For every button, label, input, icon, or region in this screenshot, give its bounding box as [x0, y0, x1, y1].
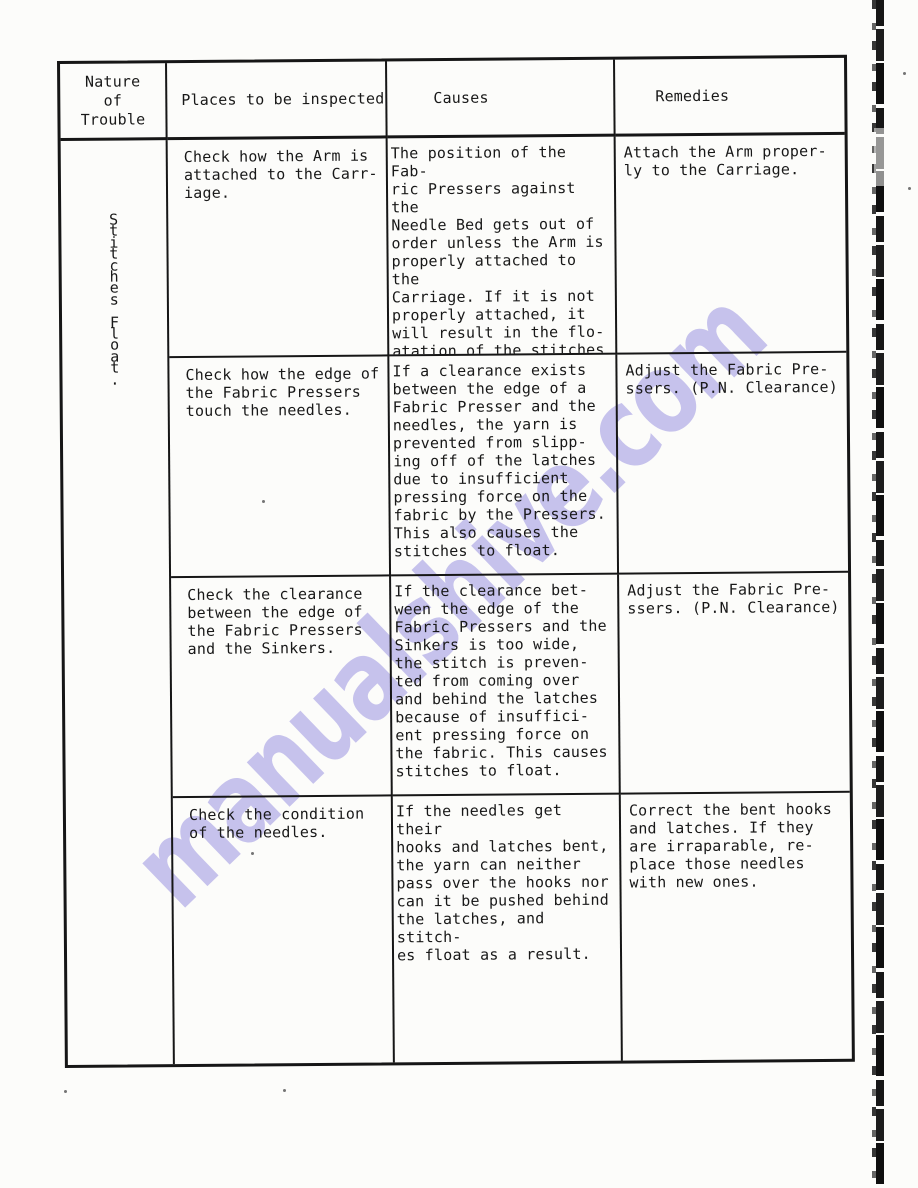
trouble-category-cell: S t i t c h e s F l o a t . [61, 140, 175, 1065]
troubleshooting-table: Nature of Trouble Places to be inspected… [57, 55, 855, 1068]
scan-speck [262, 500, 265, 503]
cell-row1-causes: The position of the Fab- ric Pressers ag… [388, 137, 618, 357]
cell-row3-causes: If the clearance bet- ween the edge of t… [391, 575, 621, 797]
cell-row2-remedies: Adjust the Fabric Pre- ssers. (P.N. Clea… [617, 353, 848, 575]
header-places-to-be-inspected: Places to be inspected [167, 61, 388, 140]
header-places-label: Places to be inspected [181, 89, 384, 109]
header-nature-of-trouble: Nature of Trouble [60, 63, 168, 141]
cell-row2-causes: If a clearance exists between the edge o… [389, 355, 619, 577]
cell-row4-causes: If the needles get their hooks and latch… [393, 795, 623, 1063]
binding-edge-gap [874, 128, 886, 186]
header-causes: Causes [387, 60, 616, 139]
cell-row2-places: Check how the edge of the Fabric Presser… [169, 356, 391, 578]
cell-row1-places: Check how the Arm is attached to the Car… [168, 138, 390, 358]
header-remedies: Remedies [615, 58, 845, 137]
scanned-manual-page: manualshive.com Nature of Trouble Places… [0, 0, 918, 1188]
header-causes-label: Causes [433, 89, 489, 107]
trouble-category-label: S t i t c h e s F l o a t . [61, 158, 168, 386]
cell-row3-remedies: Adjust the Fabric Pre- ssers. (P.N. Clea… [619, 573, 850, 795]
header-remedies-label: Remedies [655, 87, 729, 106]
cell-row4-places: Check the condition of the needles. [173, 796, 395, 1064]
scan-speck [908, 187, 911, 190]
cell-row3-places: Check the clearance between the edge of … [171, 576, 393, 798]
scan-speck [64, 1090, 67, 1093]
scan-speck [903, 72, 906, 75]
scan-speck [251, 852, 254, 855]
header-nature-of-trouble-label: Nature of Trouble [80, 72, 145, 130]
cell-row4-remedies: Correct the bent hooks and latches. If t… [621, 793, 852, 1061]
cell-row1-remedies: Attach the Arm proper- ly to the Carriag… [616, 135, 847, 355]
scan-speck [283, 1089, 286, 1092]
